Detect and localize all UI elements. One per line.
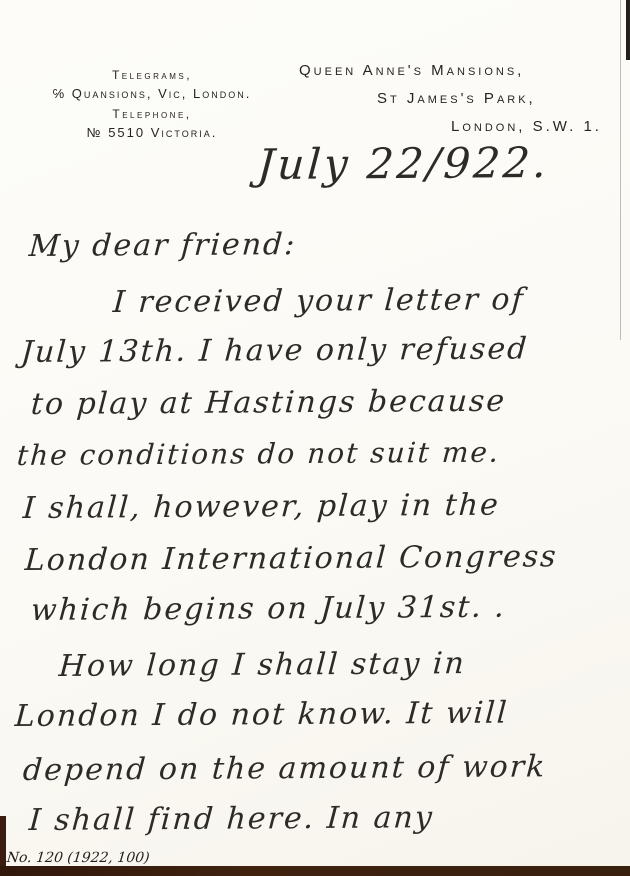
telegraphic-address: ℅ Quansions, Vic, London.: [32, 86, 272, 101]
letterhead-street-address: St James's Park,: [377, 90, 536, 107]
letter-line: which begins on July 31st. .: [30, 593, 507, 626]
paper-edge: [620, 0, 621, 340]
telegrams-label: Telegrams,: [32, 68, 272, 82]
letter-line: I shall, however, play in the: [22, 491, 501, 524]
letter-line: London I do not know. It will: [14, 699, 509, 732]
backing-edge-top-right: [626, 0, 630, 60]
telephone-label: Telephone,: [32, 107, 272, 121]
letter-line: How long I shall stay in: [58, 649, 467, 682]
letter-line: July 13th. I have only refused: [20, 334, 529, 368]
letter-line: depend on the amount of work: [22, 752, 547, 786]
letterhead-left-block: Telegrams, ℅ Quansions, Vic, London. Tel…: [32, 66, 272, 146]
letter-line: the conditions do not suit me.: [16, 439, 501, 470]
handwritten-date: July 22/922.: [256, 138, 551, 189]
salutation-line: My dear friend:: [28, 230, 297, 262]
letter-line: to play at Hastings because: [30, 387, 507, 420]
letter-photo: Telegrams, ℅ Quansions, Vic, London. Tel…: [0, 0, 630, 876]
letter-line: London International Congress: [24, 542, 559, 576]
backing-edge-bottom: [0, 866, 630, 876]
letterhead-city-address: London, S.W. 1.: [451, 118, 602, 135]
letter-line: I received your letter of: [112, 285, 526, 318]
letter-line: I shall find here. In any: [28, 803, 435, 836]
letterhead-mansions-name: Queen Anne's Mansions,: [299, 62, 524, 79]
telephone-number: № 5510 Victoria.: [32, 125, 272, 140]
catalog-annotation: No. 120 (1922, 100): [6, 850, 150, 866]
